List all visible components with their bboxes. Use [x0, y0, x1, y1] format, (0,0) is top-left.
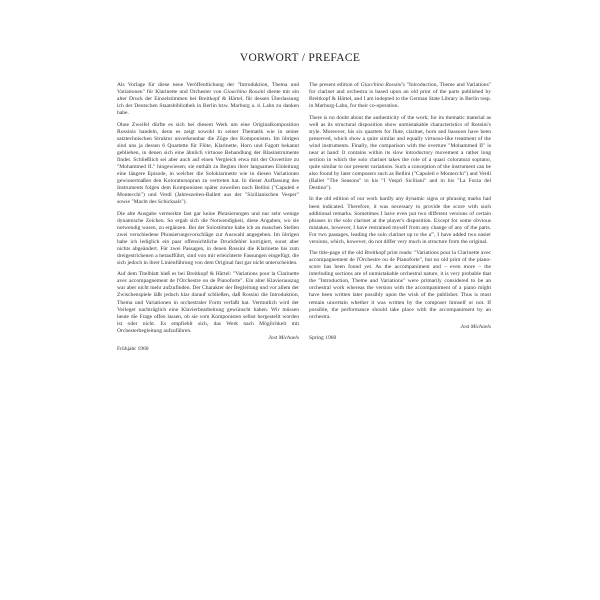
german-paragraph-1: Als Vorlage für diese neue Veröffentlich…	[117, 82, 299, 117]
english-signature: Jost Michaels	[309, 324, 491, 331]
english-paragraph-1-text: The present edition of	[309, 82, 361, 88]
document-page: VORWORT / PREFACE Als Vorlage für diese …	[0, 0, 600, 600]
german-column: Als Vorlage für diese neue Veröffentlich…	[117, 82, 299, 358]
english-paragraph-3: In the old edition of our work hardly an…	[309, 196, 491, 245]
composer-name: Gioachino Rossini	[223, 89, 265, 95]
german-signature: Jost Michaels	[117, 335, 299, 342]
composer-name: Giacchino Rossini's	[361, 82, 406, 88]
german-paragraph-2: Ohne Zweifel dürfte es sich bei diesem W…	[117, 122, 299, 207]
german-date: Frühjahr 1960	[117, 346, 299, 353]
english-paragraph-2: There is no doubt about the authenticity…	[309, 115, 491, 193]
english-paragraph-4: The title-page of the old Breitkopf prin…	[309, 250, 491, 320]
english-date: Spring 1960	[309, 335, 491, 342]
page-title: VORWORT / PREFACE	[0, 52, 600, 64]
german-paragraph-3: Die alte Ausgabe vermerkte fast gar kein…	[117, 211, 299, 267]
german-paragraph-4: Auf dem Titelblatt hieß es bei Breitkopf…	[117, 271, 299, 334]
english-column: The present edition of Giacchino Rossini…	[309, 82, 491, 347]
english-paragraph-1: The present edition of Giacchino Rossini…	[309, 82, 491, 110]
